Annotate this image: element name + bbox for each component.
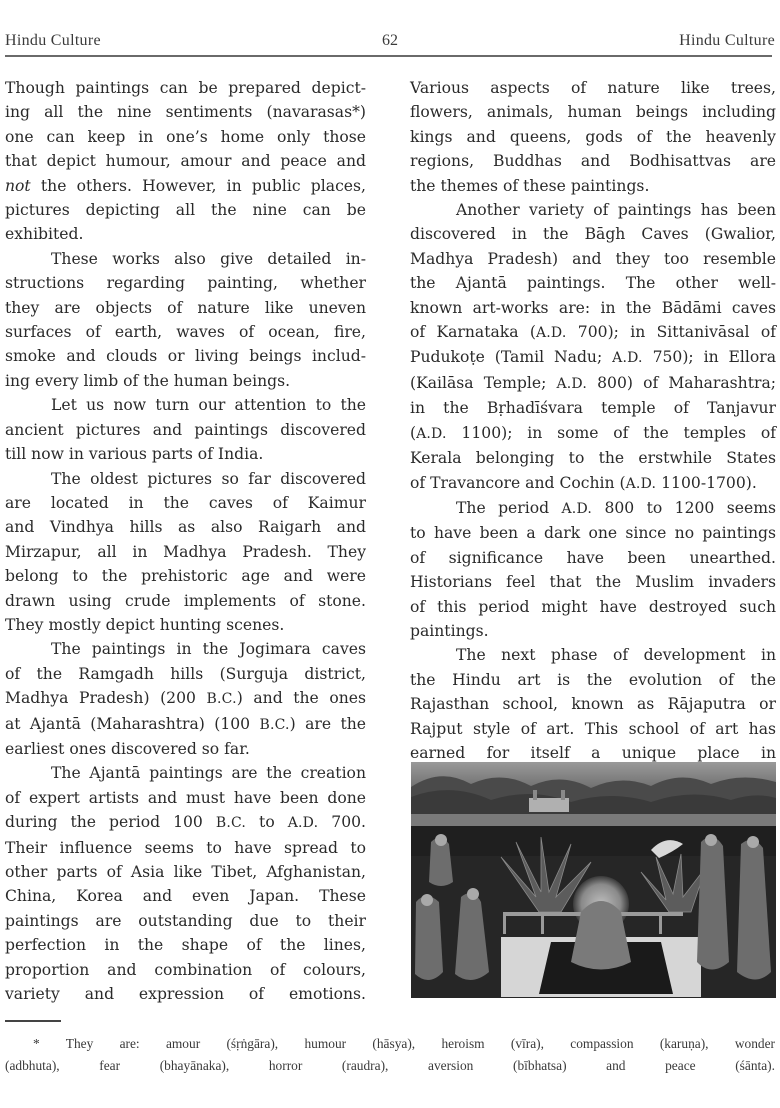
text-line: the Ajantā paintings. The other well- xyxy=(410,271,776,295)
text-line: Historians feel that the Muslim invaders xyxy=(410,570,776,594)
rajput-painting-figure xyxy=(411,762,776,998)
text-line: ing every limb of the human beings. xyxy=(5,369,366,393)
text-line: paintings. xyxy=(410,619,776,643)
text-line: Their influence seems to have spread to xyxy=(5,836,366,860)
text-line: till now in various parts of India. xyxy=(5,442,366,466)
text-line: the themes of these paintings. xyxy=(410,174,776,198)
text-line: exhibited. xyxy=(5,222,366,246)
text-line: that depict humour, amour and peace and xyxy=(5,149,366,173)
text-line: These works also give detailed in- xyxy=(5,247,366,271)
text-line: China, Korea and even Japan. These xyxy=(5,884,366,908)
text-line: The next phase of development in xyxy=(410,643,776,667)
text-line: Let us now turn our attention to the xyxy=(5,393,366,417)
footnote: * They are: amour (śṛṅgāra), humour (hās… xyxy=(5,1033,775,1076)
text-line: kings and queens, gods of the heavenly xyxy=(410,125,776,149)
text-line: to have been a dark one since no paintin… xyxy=(410,521,776,545)
text-line: Kerala belonging to the erstwhile States xyxy=(410,446,776,470)
text-line: not the others. However, in public place… xyxy=(5,174,366,198)
text-line: perfection in the shape of the lines, xyxy=(5,933,366,957)
text-line: in the Bṛhadīśvara temple of Tanjavur xyxy=(410,396,776,420)
text-line: Though paintings can be prepared depict- xyxy=(5,76,366,100)
text-line: belong to the prehistoric age and were xyxy=(5,564,366,588)
text-line: pictures depicting all the nine can be xyxy=(5,198,366,222)
footnote-line-2: (adbhuta), fear (bhayānaka), horror (rau… xyxy=(5,1055,775,1077)
text-line: of significance have been unearthed. xyxy=(410,546,776,570)
text-line: ing all the nine sentiments (navarasas*) xyxy=(5,100,366,124)
text-line: paintings are outstanding due to their xyxy=(5,909,366,933)
text-line: and Vindhya hills as also Raigarh and xyxy=(5,515,366,539)
header-rule xyxy=(5,55,772,57)
text-line: The Ajantā paintings are the creation xyxy=(5,761,366,785)
text-line: are located in the caves of Kaimur xyxy=(5,491,366,515)
left-text-column: Though paintings can be prepared depict-… xyxy=(5,76,366,1006)
painting-illustration xyxy=(411,762,776,998)
text-line: Madhya Pradesh) and they too resemble xyxy=(410,247,776,271)
text-line: structions regarding painting, whether xyxy=(5,271,366,295)
text-line: the Hindu art is the evolution of the xyxy=(410,668,776,692)
header-book-title-right: Hindu Culture xyxy=(679,32,775,50)
page-number: 62 xyxy=(5,32,775,50)
text-line: known art-works are: in the Bādāmi caves xyxy=(410,296,776,320)
text-line: one can keep in one’s home only those xyxy=(5,125,366,149)
text-line: surfaces of earth, waves of ocean, fire, xyxy=(5,320,366,344)
text-line: regions, Buddhas and Bodhisattvas are xyxy=(410,149,776,173)
text-line: drawn using crude implements of stone. xyxy=(5,589,366,613)
text-line: of Karnataka (A.D. 700); in Sittanivāsal… xyxy=(410,320,776,345)
text-line: flowers, animals, human beings including xyxy=(410,100,776,124)
text-line: The period A.D. 800 to 1200 seems xyxy=(410,496,776,521)
text-line: of this period might have destroyed such xyxy=(410,595,776,619)
text-line: variety and expression of emotions. xyxy=(5,982,366,1006)
footnote-line-1: * They are: amour (śṛṅgāra), humour (hās… xyxy=(5,1033,775,1055)
text-line: They mostly depict hunting scenes. xyxy=(5,613,366,637)
text-line: other parts of Asia like Tibet, Afghanis… xyxy=(5,860,366,884)
text-line: of expert artists and must have been don… xyxy=(5,786,366,810)
text-line: earliest ones discovered so far. xyxy=(5,737,366,761)
text-line: Madhya Pradesh) (200 B.C.) and the ones xyxy=(5,686,366,711)
text-line: during the period 100 B.C. to A.D. 700. xyxy=(5,810,366,835)
text-line: proportion and combination of colours, xyxy=(5,958,366,982)
text-line: The paintings in the Jogimara caves xyxy=(5,637,366,661)
text-line: of the Ramgadh hills (Surguja district, xyxy=(5,662,366,686)
text-line: they are objects of nature like uneven xyxy=(5,296,366,320)
text-line: smoke and clouds or living beings includ… xyxy=(5,344,366,368)
text-line: Rajput style of art. This school of art … xyxy=(410,717,776,741)
text-line: (A.D. 1100); in some of the temples of xyxy=(410,421,776,446)
footnote-rule xyxy=(5,1020,61,1022)
text-line: (Kailāsa Temple; A.D. 800) of Maharashtr… xyxy=(410,371,776,396)
text-line: Various aspects of nature like trees, xyxy=(410,76,776,100)
text-line: Another variety of paintings has been xyxy=(410,198,776,222)
text-line: Mirzapur, all in Madhya Pradesh. They xyxy=(5,540,366,564)
text-line: ancient pictures and paintings discovere… xyxy=(5,418,366,442)
text-line: discovered in the Bāgh Caves (Gwalior, xyxy=(410,222,776,246)
text-line: of Travancore and Cochin (A.D. 1100-1700… xyxy=(410,471,776,496)
right-text-column: Various aspects of nature like trees,flo… xyxy=(410,76,776,765)
text-line: The oldest pictures so far discovered xyxy=(5,467,366,491)
text-line: Rajasthan school, known as Rājaputra or xyxy=(410,692,776,716)
running-header: Hindu Culture 62 Hindu Culture xyxy=(5,32,775,52)
text-line: Pudukoṭe (Tamil Nadu; A.D. 750); in Ell… xyxy=(410,345,776,370)
text-line: at Ajantā (Maharashtra) (100 B.C.) are t… xyxy=(5,712,366,737)
